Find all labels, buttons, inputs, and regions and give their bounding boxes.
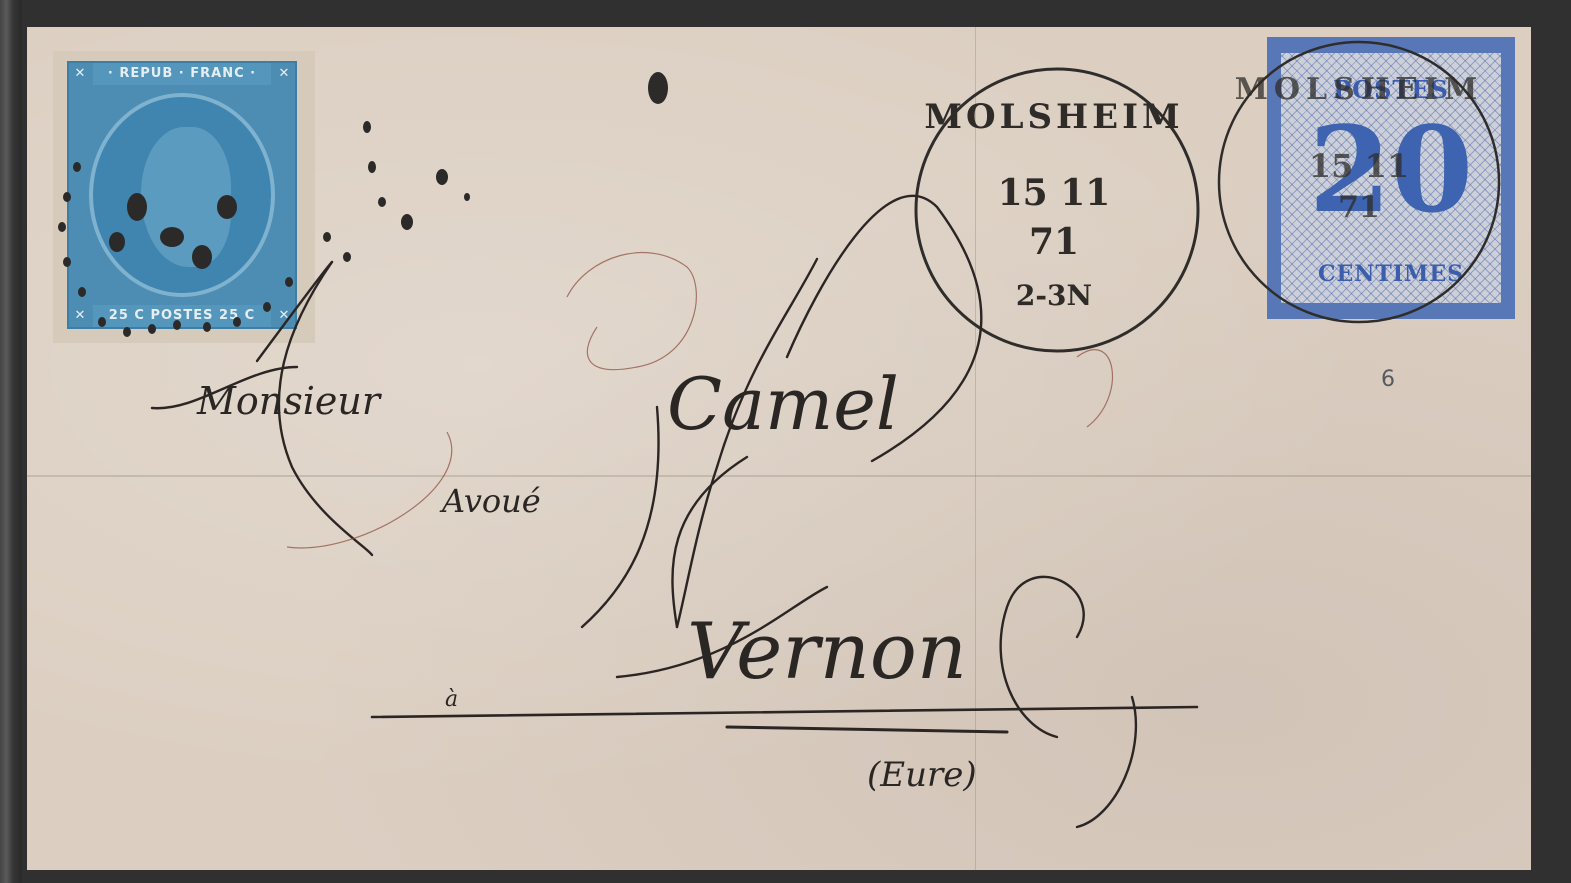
postmark-town: MOLSHEIM (916, 97, 1192, 137)
address-title: Avoué (442, 482, 541, 520)
postmark-on-stamp: MOLSHEIM 15 11 71 (1219, 42, 1499, 322)
postmark-year: 71 (916, 221, 1192, 263)
address-name: Camel (667, 362, 899, 446)
scan-backdrop (0, 0, 22, 883)
postmark-town: MOLSHEIM (1219, 72, 1499, 107)
postmark-time: 2-3N (916, 279, 1192, 312)
postmark-year: 71 (1219, 190, 1499, 225)
postmark-date: 15 11 (1219, 147, 1499, 185)
address-city: Vernon (687, 607, 967, 697)
pencil-note: 6 (1381, 367, 1395, 392)
address-preposition: à (445, 687, 458, 712)
address-department: (Eure) (867, 755, 977, 795)
postmark-date: 15 11 (916, 172, 1192, 214)
dotted-cancel-icon (58, 121, 470, 337)
postmark-molsheim: MOLSHEIM 15 11 71 2-3N (916, 69, 1192, 345)
address-salutation: Monsieur (197, 379, 380, 423)
letter-cover: · REPUB · FRANC · 25 C POSTES 25 C ✕ ✕ ✕… (27, 27, 1531, 870)
